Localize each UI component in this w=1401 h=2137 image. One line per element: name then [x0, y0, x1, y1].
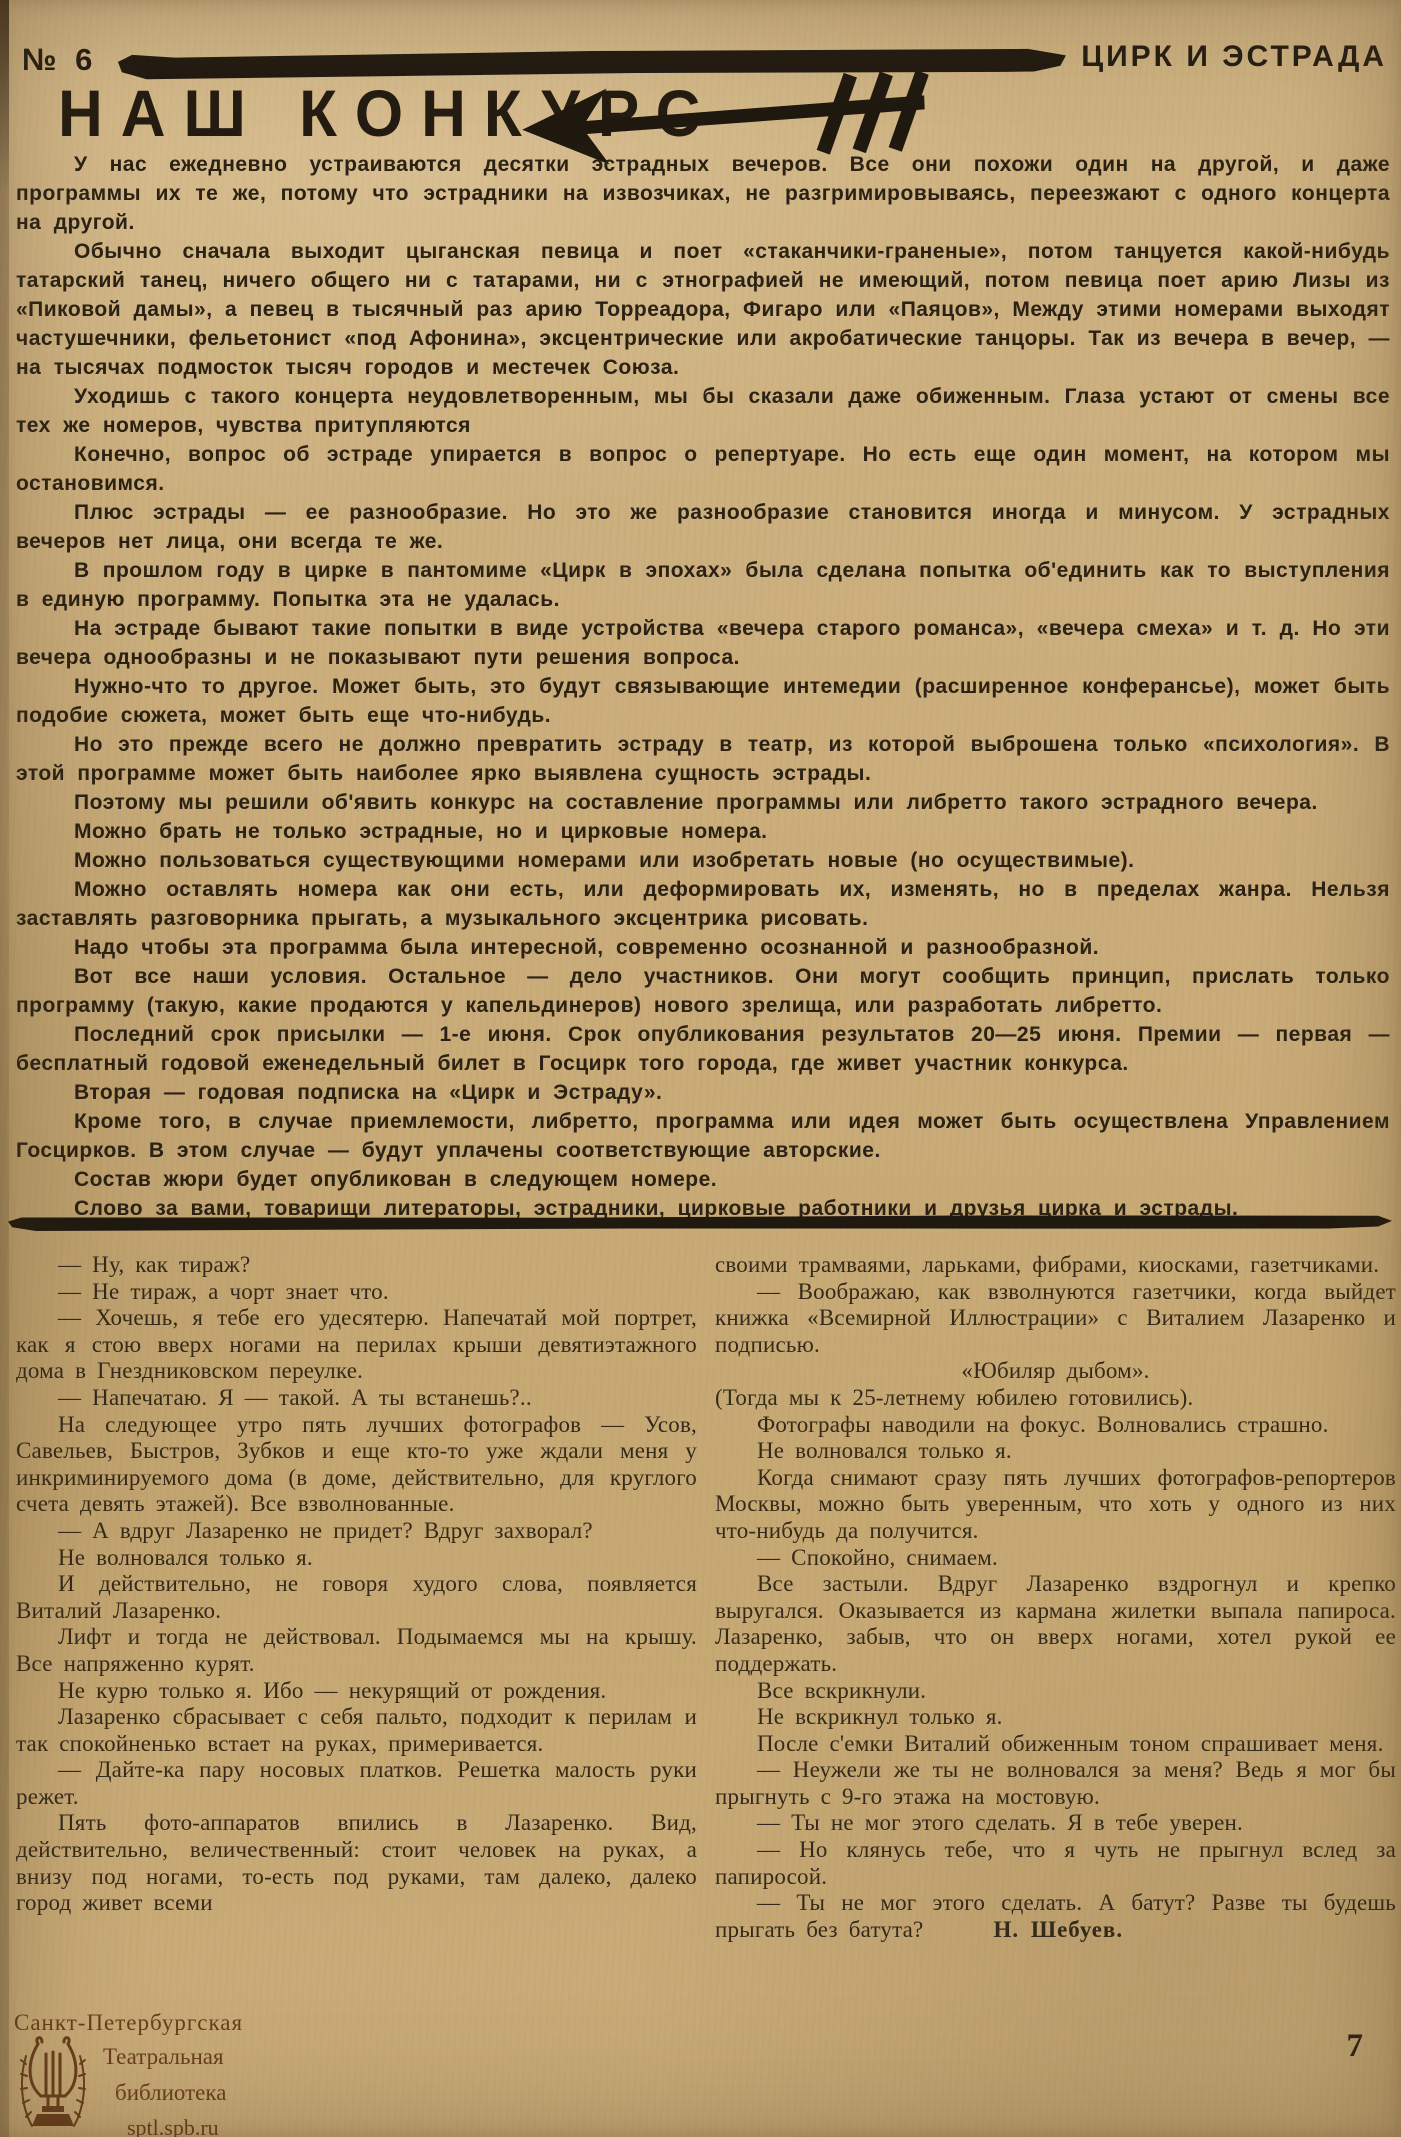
article-paragraph: Вторая — годовая подписка на «Цирк и Эст…: [16, 1078, 1390, 1107]
article-paragraph: Плюс эстрады — ее разнообразие. Но это ж…: [16, 498, 1390, 556]
story-paragraph: — Воображаю, как взволнуются газетчики, …: [715, 1279, 1396, 1359]
story-paragraph: «Юбиляр дыбом».: [715, 1358, 1396, 1385]
story-paragraph: Лифт и тогда не действовал. Подымаемся м…: [16, 1624, 697, 1677]
story-paragraph: своими трамваями, ларьками, фибрами, кио…: [715, 1252, 1396, 1279]
issue-number: № 6: [22, 42, 97, 78]
story-left-column: — Ну, как тираж?— Не тираж, а чорт знает…: [16, 1252, 697, 1943]
story-paragraph: Фотографы наводили на фокус. Волновались…: [715, 1412, 1396, 1439]
story-right-column: своими трамваями, ларьками, фибрами, кио…: [715, 1252, 1396, 1943]
page-number: 7: [1347, 2028, 1364, 2065]
article-paragraph: У нас ежедневно устраиваются десятки эст…: [16, 150, 1390, 237]
story-paragraph: Когда снимают сразу пять лучших фотограф…: [715, 1465, 1396, 1545]
article-paragraph: Можно оставлять номера как они есть, или…: [16, 875, 1390, 933]
story-paragraph: — А вдруг Лазаренко не придет? Вдруг зах…: [16, 1518, 697, 1545]
stamp-line-library: библиотека: [115, 2080, 226, 2106]
story-paragraph: Лазаренко сбрасывает с себя пальто, подх…: [16, 1704, 697, 1757]
scan-edge-shadow: [0, 0, 9, 2137]
story-paragraph: Не вскрикнул только я.: [715, 1704, 1396, 1731]
story-paragraph: Все застыли. Вдруг Лазаренко вздрогнул и…: [715, 1571, 1396, 1677]
story-section: — Ну, как тираж?— Не тираж, а чорт знает…: [16, 1252, 1396, 1943]
story-paragraph: На следующее утро пять лучших фотографов…: [16, 1412, 697, 1518]
article-paragraph: Нужно-что то другое. Может быть, это буд…: [16, 672, 1390, 730]
story-paragraph: — Но клянусь тебе, что я чуть не прыгнул…: [715, 1837, 1396, 1890]
stamp-line-theatre: Театральная: [103, 2044, 224, 2070]
story-paragraph: (Тогда мы к 25-летнему юбилею готовились…: [715, 1385, 1396, 1412]
article-paragraph: Конечно, вопрос об эстраде упирается в в…: [16, 440, 1390, 498]
story-paragraph: — Ну, как тираж?: [16, 1252, 697, 1279]
article-paragraph: Можно пользоваться существующими номерам…: [16, 846, 1390, 875]
story-paragraph: Все вскрикнули.: [715, 1678, 1396, 1705]
article-paragraph: Вот все наши условия. Остальное — дело у…: [16, 962, 1390, 1020]
article-paragraph: Кроме того, в случае приемлемости, либре…: [16, 1107, 1390, 1165]
story-paragraph: — Неужели же ты не волновался за меня? В…: [715, 1757, 1396, 1810]
story-paragraph: Не курю только я. Ибо — некурящий от рож…: [16, 1678, 697, 1705]
article-paragraph: Обычно сначала выходит цыганская певица …: [16, 237, 1390, 382]
magazine-page: № 6 ЦИРК И ЭСТРАДА НАШ КОНКУРС У нас еже…: [0, 0, 1401, 2137]
author-signature: Н. Шебуев.: [993, 1917, 1123, 1942]
story-paragraph: — Дайте-ка пару носовых платков. Решетка…: [16, 1757, 697, 1810]
story-paragraph: Не волновался только я.: [715, 1438, 1396, 1465]
article-paragraph: Состав жюри будет опубликован в следующе…: [16, 1165, 1390, 1194]
article-body: У нас ежедневно устраиваются десятки эст…: [16, 150, 1390, 1223]
story-paragraph: И действительно, не говоря худого слова,…: [16, 1571, 697, 1624]
story-paragraph: — Напечатаю. Я — такой. А ты встанешь?..: [16, 1385, 697, 1412]
story-paragraph: — Не тираж, а чорт знает что.: [16, 1279, 697, 1306]
article-paragraph: Надо чтобы эта программа была интересной…: [16, 933, 1390, 962]
story-paragraph: Не волновался только я.: [16, 1545, 697, 1572]
article-paragraph: Можно брать не только эстрадные, но и ци…: [16, 817, 1390, 846]
library-stamp: Санкт-Петербургская Театральная библиоте…: [14, 2006, 434, 2137]
article-paragraph: На эстраде бывают такие попытки в виде у…: [16, 614, 1390, 672]
article-paragraph: Уходишь с такого концерта неудовлетворен…: [16, 382, 1390, 440]
story-paragraph: Пять фото-аппаратов впились в Лазаренко.…: [16, 1810, 697, 1916]
article-paragraph: Но это прежде всего не должно превратить…: [16, 730, 1390, 788]
lyre-icon: [18, 2034, 88, 2134]
magazine-masthead: ЦИРК И ЭСТРАДА: [1081, 40, 1387, 74]
stamp-line-city: Санкт-Петербургская: [14, 2010, 243, 2036]
article-paragraph: Поэтому мы решили об'явить конкурс на со…: [16, 788, 1390, 817]
story-paragraph: — Ты не мог этого сделать. А батут? Разв…: [715, 1890, 1396, 1943]
article-paragraph: Последний срок присылки — 1-е июня. Срок…: [16, 1020, 1390, 1078]
story-paragraph: — Хочешь, я тебе его удесятерю. Напечата…: [16, 1305, 697, 1385]
stamp-line-url: sptl.spb.ru: [127, 2115, 219, 2137]
article-paragraph: В прошлом году в цирке в пантомиме «Цирк…: [16, 556, 1390, 614]
story-paragraph: — Ты не мог этого сделать. Я в тебе увер…: [715, 1810, 1396, 1837]
story-paragraph: После с'емки Виталий обиженным тоном спр…: [715, 1731, 1396, 1758]
story-paragraph: — Спокойно, снимаем.: [715, 1545, 1396, 1572]
